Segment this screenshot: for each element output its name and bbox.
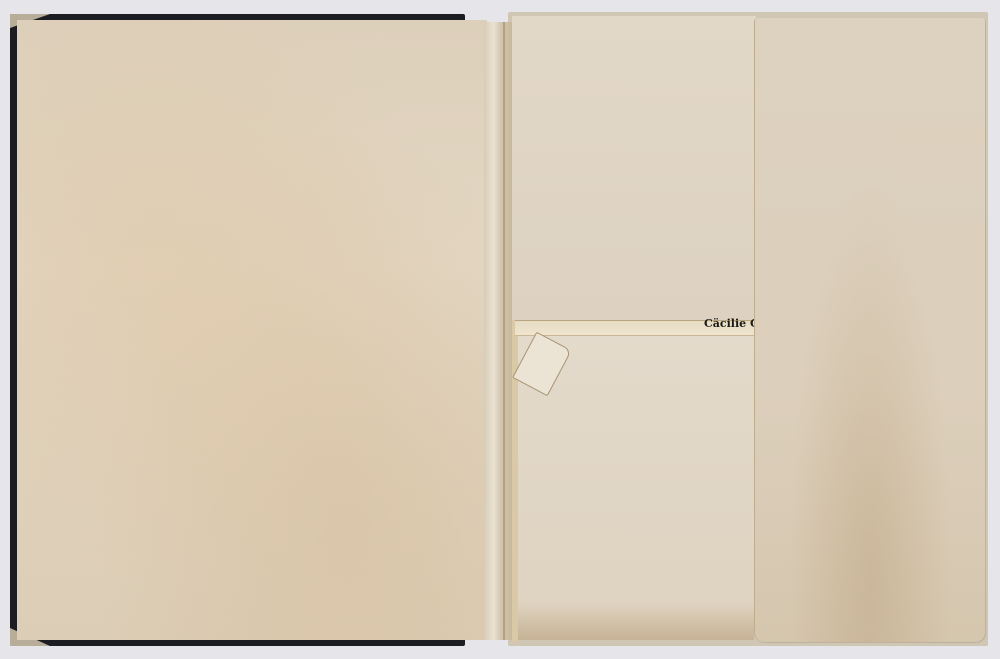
spine-fold-line — [503, 22, 505, 640]
right-pocket-flap — [754, 18, 985, 642]
pocket-upper-panel — [512, 16, 756, 320]
spine-gutter — [484, 22, 512, 640]
left-endpaper — [17, 20, 487, 640]
document-label-text: Cäcilie Ge — [704, 317, 754, 330]
